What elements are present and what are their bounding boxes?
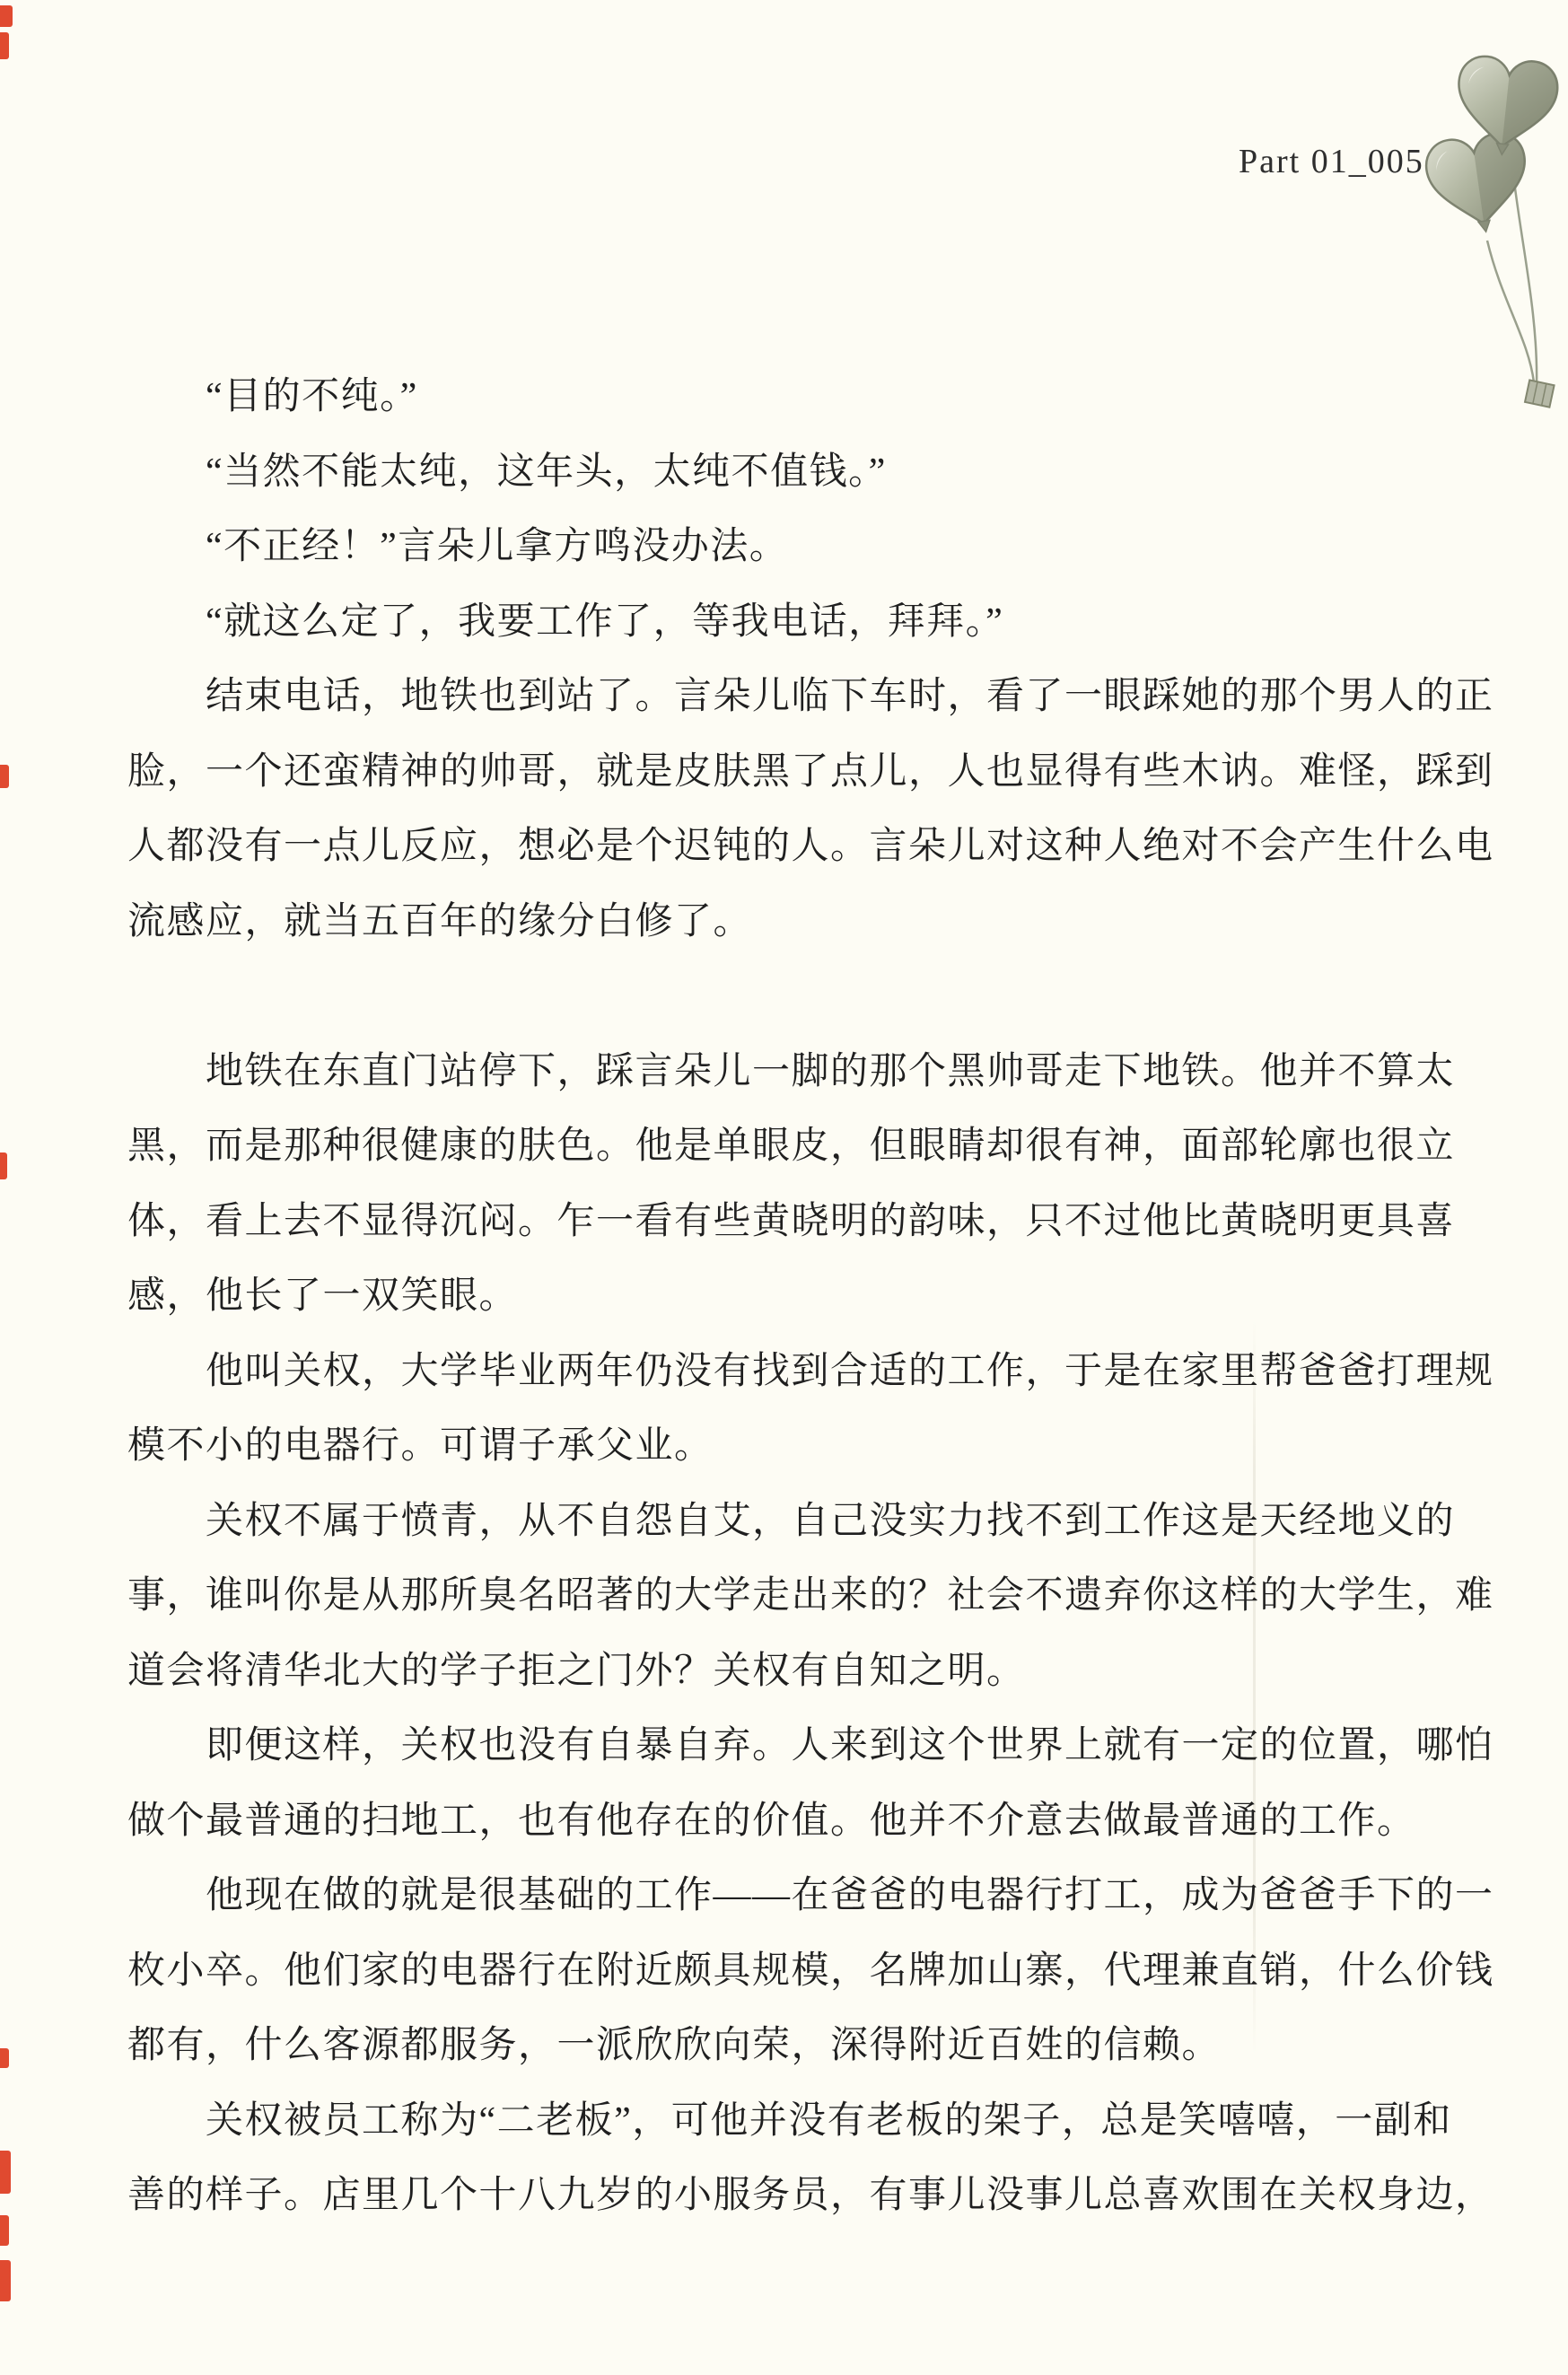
text-line: 人都没有一点儿反应，想必是个迟钝的人。言朵儿对这种人绝对不会产生什么电 bbox=[127, 810, 1501, 885]
text-line: 黑，而是那种很健康的肤色。他是单眼皮，但眼睛却很有神，面部轮廓也很立 bbox=[127, 1109, 1501, 1185]
text-line: “当然不能太纯，这年头，太纯不值钱。” bbox=[127, 435, 1501, 511]
scan-mark bbox=[0, 2151, 11, 2194]
body-text: “目的不纯。”“当然不能太纯，这年头，太纯不值钱。”“不正经！”言朵儿拿方鸣没办… bbox=[127, 360, 1501, 2234]
text-line: 他现在做的就是很基础的工作——在爸爸的电器行打工，成为爸爸手下的一 bbox=[127, 1859, 1501, 1934]
text-line: 他叫关权，大学毕业两年仍没有找到合适的工作，于是在家里帮爸爸打理规 bbox=[127, 1335, 1501, 1410]
scan-mark bbox=[0, 5, 13, 27]
text-line: 脸，一个还蛮精神的帅哥，就是皮肤黑了点儿，人也显得有些木讷。难怪，踩到 bbox=[127, 735, 1501, 811]
heart-balloon-upper bbox=[1452, 54, 1561, 160]
text-line: 关权被员工称为“二老板”，可他并没有老板的架子，总是笑嘻嘻，一副和 bbox=[127, 2084, 1501, 2160]
balloon-basket bbox=[1525, 380, 1555, 407]
book-page: Part 01_005 bbox=[0, 0, 1568, 2375]
text-line: 做个最普通的扫地工，也有他存在的价值。他并不介意去做最普通的工作。 bbox=[127, 1784, 1501, 1860]
scan-mark bbox=[0, 1152, 7, 1179]
text-line: 体，看上去不显得沉闷。乍一看有些黄晓明的韵味，只不过他比黄晓明更具喜 bbox=[127, 1185, 1501, 1260]
text-line: 流感应，就当五百年的缘分白修了。 bbox=[127, 885, 1501, 960]
text-line: “就这么定了，我要工作了，等我电话，拜拜。” bbox=[127, 585, 1501, 661]
blank-line bbox=[127, 960, 1501, 1035]
heart-balloon-lower bbox=[1423, 130, 1534, 239]
text-line: 关权不属于愤青，从不自怨自艾，自己没实力找不到工作这是天经地义的 bbox=[127, 1485, 1501, 1560]
text-line: “目的不纯。” bbox=[127, 360, 1501, 435]
text-line: 枚小卒。他们家的电器行在附近颇具规模，名牌加山寨，代理兼直销，什么价钱 bbox=[127, 1934, 1501, 2010]
text-line: 模不小的电器行。可谓子承父业。 bbox=[127, 1409, 1501, 1485]
text-line: 感，他长了一双笑眼。 bbox=[127, 1259, 1501, 1335]
text-line: 即便这样，关权也没有自暴自弃。人来到这个世界上就有一定的位置，哪怕 bbox=[127, 1709, 1501, 1784]
scan-mark bbox=[0, 2048, 9, 2068]
text-line: 道会将清华北大的学子拒之门外？关权有自知之明。 bbox=[127, 1634, 1501, 1710]
text-line: 结束电话，地铁也到站了。言朵儿临下车时，看了一眼踩她的那个男人的正 bbox=[127, 660, 1501, 735]
text-line: 地铁在东直门站停下，踩言朵儿一脚的那个黑帅哥走下地铁。他并不算太 bbox=[127, 1035, 1501, 1110]
text-line: 都有，什么客源都服务，一派欣欣向荣，深得附近百姓的信赖。 bbox=[127, 2009, 1501, 2084]
scan-mark bbox=[0, 32, 9, 59]
text-line: “不正经！”言朵儿拿方鸣没办法。 bbox=[127, 510, 1501, 585]
scan-mark bbox=[0, 765, 9, 788]
scan-mark bbox=[0, 2260, 11, 2301]
text-line: 善的样子。店里几个十八九岁的小服务员，有事儿没事儿总喜欢围在关权身边， bbox=[127, 2159, 1501, 2234]
scan-mark bbox=[0, 2215, 9, 2246]
text-line: 事，谁叫你是从那所臭名昭著的大学走出来的？社会不遗弃你这样的大学生，难 bbox=[127, 1559, 1501, 1634]
